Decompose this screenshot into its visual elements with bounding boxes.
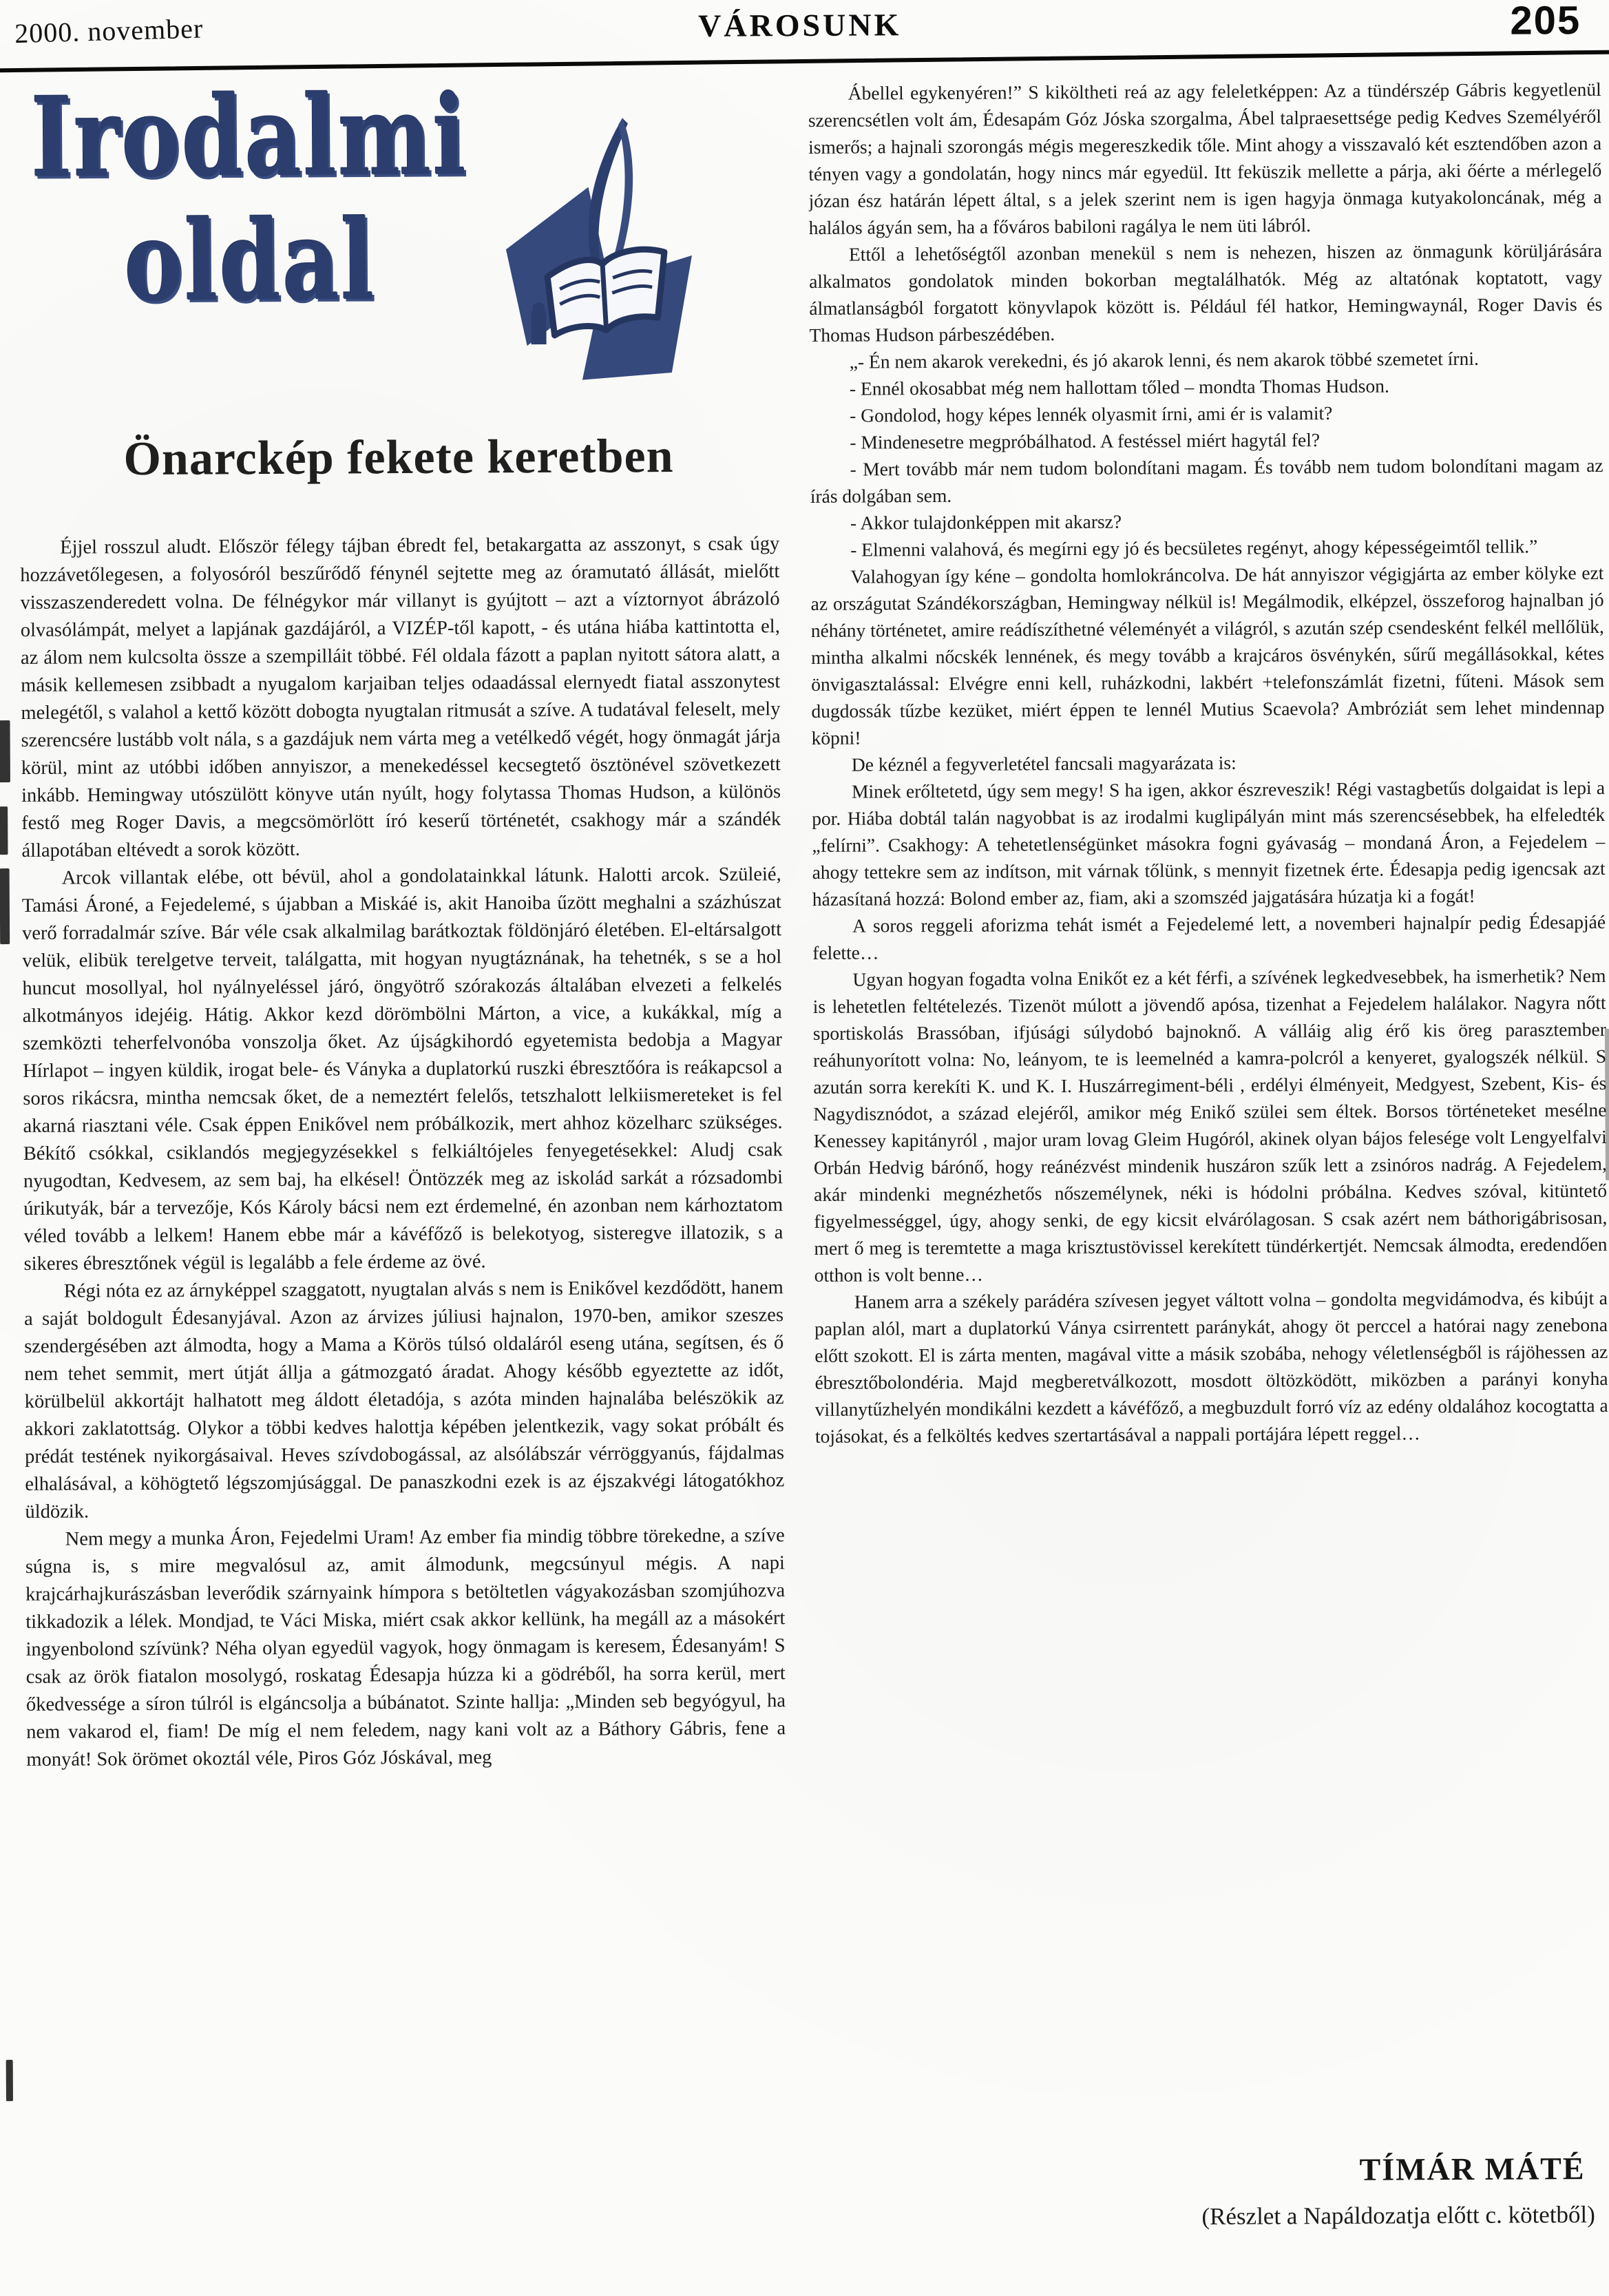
paragraph: - Gondolod, hogy képes lennék olyasmit í… bbox=[810, 398, 1603, 429]
paragraph: Nem megy a munka Áron, Fejedelmi Uram! A… bbox=[25, 1522, 786, 1774]
article-right-column: Ábellel egykenyéren!” S kiköltheti reá a… bbox=[808, 76, 1609, 2136]
paragraph: - Mindenesetre megpróbálhatod. A festéss… bbox=[810, 425, 1603, 456]
paragraph: A soros reggeli aforizma tehát ismét a F… bbox=[812, 908, 1606, 966]
paragraph: Arcok villantak elébe, ott bévül, ahol a… bbox=[22, 861, 784, 1278]
paragraph: - Ennél okosabbat még nem hallottam tőle… bbox=[810, 371, 1603, 402]
book-quill-icon bbox=[464, 104, 700, 401]
logo-text-line2: oldal bbox=[29, 176, 470, 348]
scan-artifact bbox=[0, 720, 10, 782]
author-byline: TÍMÁR MÁTÉ bbox=[1359, 2150, 1585, 2188]
paragraph: - Mert tovább már nem tudom bolondítani … bbox=[810, 452, 1603, 510]
paragraph: „- Én nem akarok verekedni, és jó akarok… bbox=[810, 344, 1603, 375]
scan-artifact bbox=[0, 806, 8, 855]
paragraph: De kéznél a fegyverletétel fancsali magy… bbox=[812, 747, 1605, 778]
article-title: Önarckép fekete keretben bbox=[18, 428, 779, 488]
literary-page-logo: Irodalmi oldal bbox=[29, 68, 471, 344]
scan-artifact bbox=[6, 2060, 13, 2101]
paragraph: Ettől a lehetőségtől azonban menekül s n… bbox=[809, 237, 1603, 348]
paragraph: Éjjel rosszul aludt. Először félegy tájb… bbox=[20, 530, 781, 865]
paragraph: Ábellel egykenyéren!” S kiköltheti reá a… bbox=[808, 76, 1602, 241]
scanned-newspaper-page: 2000. november VÁROSUNK 205 Irodalmi old… bbox=[0, 0, 1609, 2296]
masthead-title: VÁROSUNK bbox=[0, 3, 1604, 48]
paragraph: Valahogyan így kéne – gondolta homlokrán… bbox=[810, 559, 1604, 751]
paragraph: Minek erőltetetd, úgy sem megy! S ha ige… bbox=[812, 774, 1606, 912]
article-left-column: Éjjel rosszul aludt. Először félegy tájb… bbox=[20, 530, 788, 2266]
source-note: (Részlet a Napáldozatja előtt c. kötetbő… bbox=[1201, 2201, 1595, 2231]
page-number: 205 bbox=[1510, 0, 1581, 44]
paragraph: - Elmenni valahová, és megírni egy jó és… bbox=[810, 532, 1603, 563]
scan-artifact bbox=[0, 868, 10, 944]
paragraph: - Akkor tulajdonképpen mit akarsz? bbox=[810, 505, 1603, 536]
scan-content: 2000. november VÁROSUNK 205 Irodalmi old… bbox=[0, 0, 1609, 2296]
paragraph: Régi nóta ez az árnyképpel szaggatott, n… bbox=[24, 1274, 785, 1526]
scan-artifact bbox=[1605, 1029, 1609, 1180]
paragraph: Ugyan hogyan fogadta volna Enikőt ez a k… bbox=[812, 962, 1607, 1288]
paragraph: Hanem arra a székely parádéra szívesen j… bbox=[814, 1284, 1608, 1450]
